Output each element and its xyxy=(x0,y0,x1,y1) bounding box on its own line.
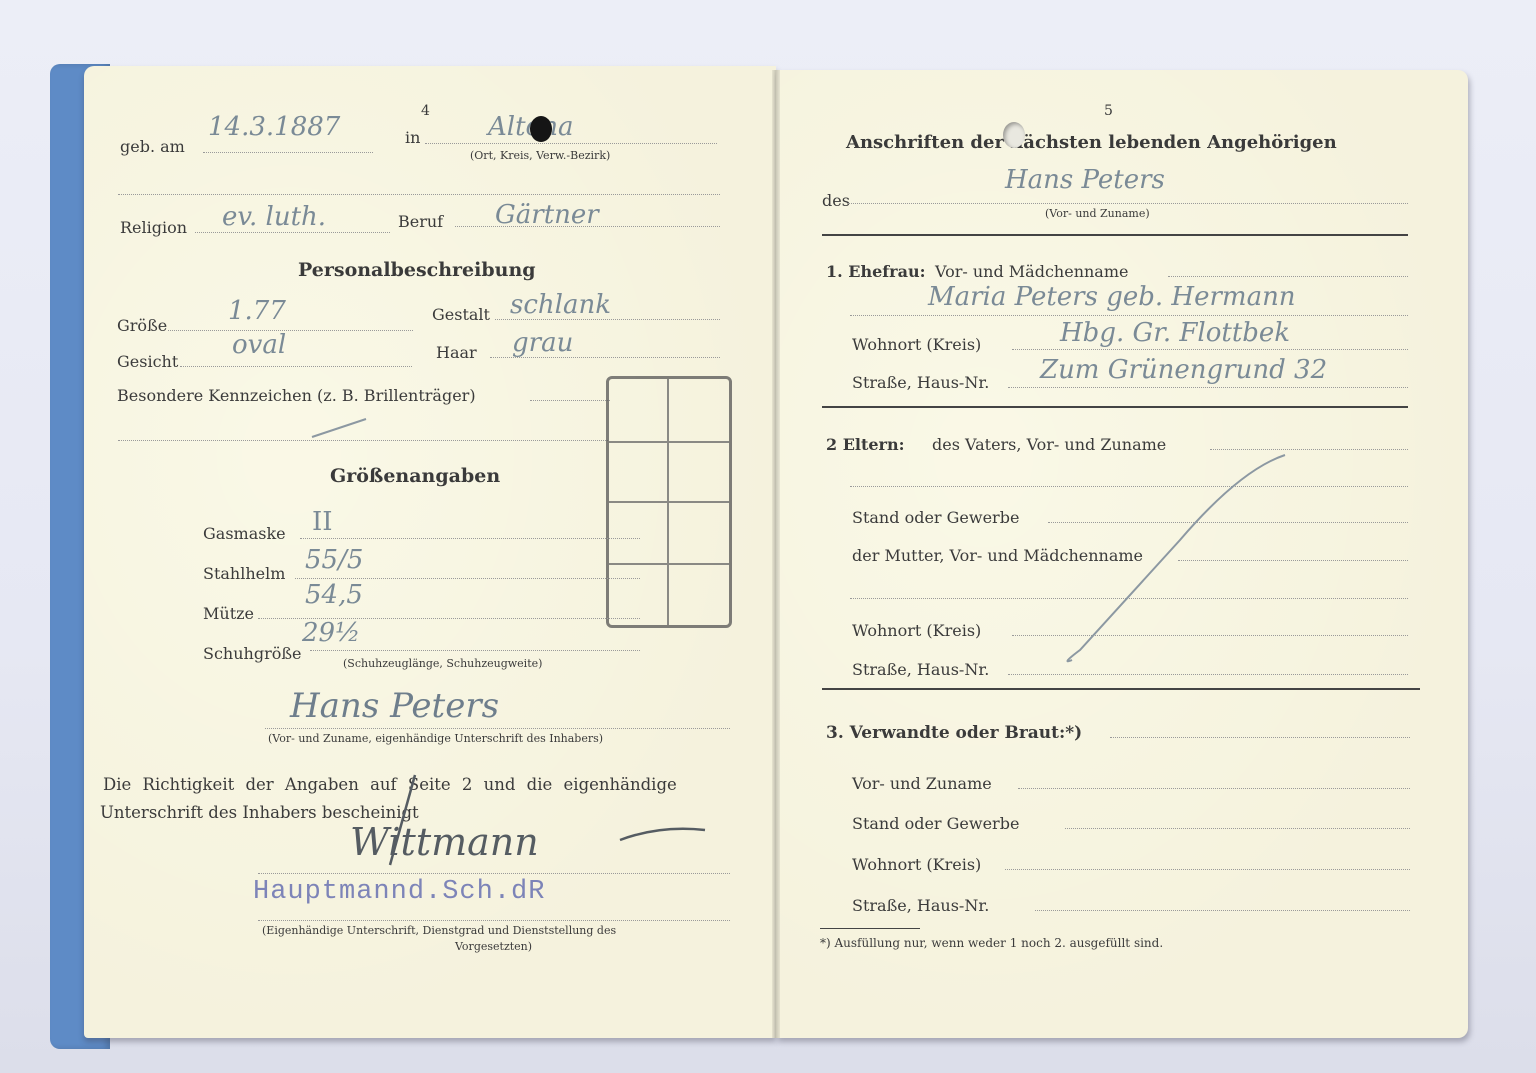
face-line xyxy=(180,366,412,367)
section-divider xyxy=(822,406,1408,408)
section-2-title: 2 Eltern: xyxy=(826,435,905,454)
wife-name-label: Vor- und Mädchenname xyxy=(935,262,1128,281)
birth-date-value: 14.3.1887 xyxy=(208,112,340,142)
section-1-title: 1. Ehefrau: xyxy=(826,262,926,281)
holder-signature: Hans Peters xyxy=(290,686,499,726)
height-label: Größe xyxy=(117,316,167,335)
wife-street-line xyxy=(1008,387,1408,388)
special-marks-line xyxy=(530,400,610,401)
punch-hole xyxy=(530,116,552,142)
rank-line xyxy=(258,920,730,921)
relative-occupation-label: Stand oder Gewerbe xyxy=(852,814,1019,833)
height-line xyxy=(168,330,413,331)
steel-helmet-value: 55/5 xyxy=(305,545,363,575)
footnote: *) Ausfüllung nur, wenn weder 1 noch 2. … xyxy=(820,936,1163,950)
special-marks-label: Besondere Kennzeichen (z. B. Brillenträg… xyxy=(117,386,476,405)
superior-signature-line xyxy=(258,873,730,874)
section-3-title: 3. Verwandte oder Braut:*) xyxy=(826,723,1082,743)
footnote-divider xyxy=(820,928,920,929)
superior-hint-line-2: Vorgesetzten) xyxy=(455,940,532,953)
relative-name-label: Vor- und Zuname xyxy=(852,774,992,793)
relatives-heading: Anschriften der nächsten lebenden Angehö… xyxy=(846,132,1337,153)
wife-name-line xyxy=(1168,276,1408,277)
sizes-heading: Größenangaben xyxy=(330,465,500,487)
father-occupation-label: Stand oder Gewerbe xyxy=(852,508,1019,527)
shoe-size-hint: (Schuhzeuglänge, Schuhzeugweite) xyxy=(343,657,542,670)
gas-mask-line xyxy=(300,538,640,539)
religion-line xyxy=(195,232,390,233)
special-marks-line-2 xyxy=(118,440,608,441)
stamp-grid-box xyxy=(606,376,732,628)
shoe-size-label: Schuhgröße xyxy=(203,644,302,663)
rank-stamp: Hauptmannd.Sch.dR xyxy=(253,877,545,907)
page-number-left: 4 xyxy=(421,103,430,119)
religion-label: Religion xyxy=(120,218,187,237)
birth-place-label: in xyxy=(405,128,420,147)
shoe-size-line xyxy=(310,650,640,651)
superior-hint-line-1: (Eigenhändige Unterschrift, Dienstgrad u… xyxy=(262,924,616,937)
hair-value: grau xyxy=(512,328,573,358)
relative-street-label: Straße, Haus-Nr. xyxy=(852,896,989,915)
relative-residence-line xyxy=(1005,869,1410,870)
of-person-hint: (Vor- und Zuname) xyxy=(1045,207,1150,220)
section-3-line xyxy=(1110,737,1410,738)
gas-mask-value: II xyxy=(312,507,333,537)
holder-signature-line xyxy=(265,728,730,729)
wife-street-value: Zum Grünengrund 32 xyxy=(1040,355,1327,385)
gas-mask-label: Gasmaske xyxy=(203,524,286,543)
punch-hole xyxy=(1003,122,1025,148)
wife-residence-label: Wohnort (Kreis) xyxy=(852,335,981,354)
blank-line xyxy=(118,194,720,195)
parents-residence-label: Wohnort (Kreis) xyxy=(852,621,981,640)
holder-signature-hint: (Vor- und Zuname, eigenhändige Unterschr… xyxy=(268,732,603,745)
relative-street-line xyxy=(1035,910,1410,911)
parents-street-line xyxy=(1008,674,1408,675)
page-number-right: 5 xyxy=(1104,103,1113,119)
face-label: Gesicht xyxy=(117,352,178,371)
relative-occupation-line xyxy=(1065,828,1410,829)
superior-signature-strokes xyxy=(380,770,710,880)
cap-label: Mütze xyxy=(203,604,254,623)
relative-residence-label: Wohnort (Kreis) xyxy=(852,855,981,874)
religion-value: ev. luth. xyxy=(222,202,326,232)
wife-name-line-2 xyxy=(850,315,1408,316)
profession-label: Beruf xyxy=(398,212,443,231)
birth-date-label: geb. am xyxy=(120,137,185,156)
of-person-label: des xyxy=(822,191,850,210)
hair-label: Haar xyxy=(436,343,477,362)
section-divider xyxy=(822,234,1408,236)
parents-street-label: Straße, Haus-Nr. xyxy=(852,660,989,679)
wife-name-value: Maria Peters geb. Hermann xyxy=(928,282,1296,312)
birth-place-hint: (Ort, Kreis, Verw.-Bezirk) xyxy=(470,149,610,162)
strike-through-mark xyxy=(1060,450,1300,670)
of-person-line xyxy=(848,203,1408,204)
booklet-gutter xyxy=(772,70,780,1038)
relative-name-line xyxy=(1018,788,1410,789)
cap-value: 54,5 xyxy=(305,580,363,610)
height-value: 1.77 xyxy=(228,296,286,326)
face-value: oval xyxy=(232,330,286,360)
birth-place-line xyxy=(425,143,717,144)
wife-residence-line xyxy=(1012,349,1408,350)
of-person-value: Hans Peters xyxy=(1005,165,1165,195)
personal-description-heading: Personalbeschreibung xyxy=(298,259,536,281)
section-divider xyxy=(822,688,1420,690)
steel-helmet-label: Stahlhelm xyxy=(203,564,285,583)
steel-helmet-line xyxy=(295,578,640,579)
build-value: schlank xyxy=(510,290,611,320)
profession-value: Gärtner xyxy=(495,200,599,230)
build-label: Gestalt xyxy=(432,305,490,324)
birth-date-line xyxy=(203,152,373,153)
wife-street-label: Straße, Haus-Nr. xyxy=(852,373,989,392)
shoe-size-value: 29½ xyxy=(302,618,360,648)
wife-residence-value: Hbg. Gr. Flottbek xyxy=(1060,318,1290,348)
special-marks-dash xyxy=(310,415,370,440)
